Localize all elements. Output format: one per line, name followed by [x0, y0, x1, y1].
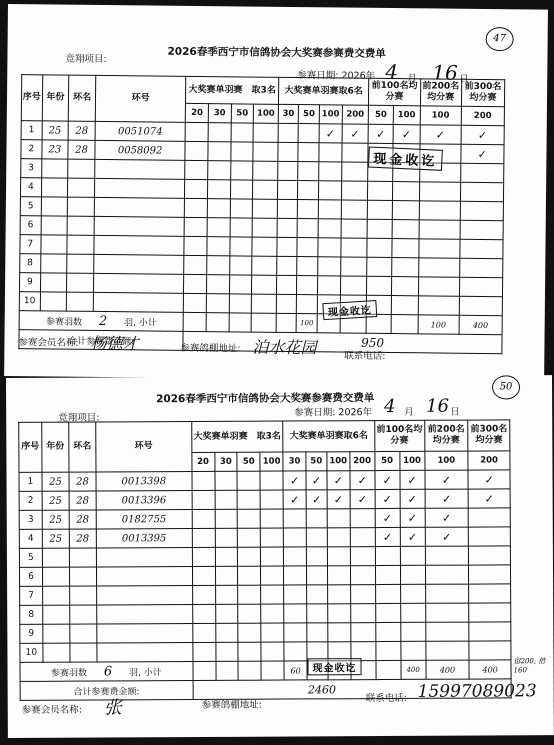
header-group-top3: 大奖赛单羽赛 取3名: [191, 421, 283, 452]
empty-cell: [238, 509, 261, 528]
row-ring-name: [70, 624, 97, 643]
empty-cell: [184, 236, 207, 255]
empty-cell: [229, 294, 252, 313]
row-ring-no: [97, 624, 193, 644]
subtotal-cell: [238, 661, 261, 680]
row-year: [41, 159, 68, 178]
subtotal-cell: 400: [401, 660, 426, 679]
empty-cell: [297, 257, 318, 276]
empty-cell: [318, 257, 341, 276]
row-ring-name: 28: [69, 510, 96, 529]
empty-cell: [192, 490, 215, 509]
subtotal-cell: [229, 313, 252, 332]
empty-cell: [317, 276, 340, 295]
header-group-top200: 前200名均分赛: [420, 79, 461, 106]
empty-cell: [425, 546, 469, 565]
empty-cell: [215, 547, 238, 566]
row-year: 25: [42, 510, 69, 529]
row-ring-no: [95, 159, 186, 179]
subtotal-cell: [251, 313, 276, 332]
empty-cell: [318, 200, 341, 219]
empty-cell: [297, 238, 318, 257]
empty-cell: [283, 528, 306, 547]
row-ring-name: [70, 643, 97, 662]
empty-cell: [350, 585, 375, 604]
table-row: 10: [20, 641, 511, 663]
empty-cell: [400, 584, 425, 603]
empty-cell: [230, 142, 253, 161]
check-mark-icon: ✓: [400, 489, 425, 508]
empty-cell: [193, 642, 216, 661]
empty-cell: [251, 294, 276, 313]
loft-label: 参赛鸽棚地址:: [180, 340, 240, 355]
check-mark-icon: ✓: [283, 471, 306, 490]
row-ring-no: 0058092: [95, 140, 186, 160]
row-year: 23: [41, 140, 68, 159]
sub-header: 50: [237, 452, 260, 471]
header-group-top3: 大奖赛单羽赛 取3名: [186, 76, 279, 104]
header-ring-no: 环号: [95, 75, 186, 122]
empty-cell: [418, 277, 459, 296]
row-ring-name: 28: [68, 121, 95, 140]
row-year: [42, 586, 69, 605]
row-ring-name: 28: [69, 529, 96, 548]
row-ring-name: [67, 273, 94, 292]
empty-cell: [237, 471, 260, 490]
empty-cell: [185, 198, 208, 217]
empty-cell: [277, 199, 298, 218]
check-mark-icon: ✓: [400, 470, 425, 489]
sub-header: 20: [192, 452, 215, 471]
empty-cell: [283, 509, 306, 528]
row-ring-no: 0051074: [95, 121, 186, 141]
empty-cell: [368, 181, 393, 200]
empty-cell: [192, 604, 215, 623]
empty-cell: [391, 277, 418, 296]
empty-cell: [230, 180, 253, 199]
empty-cell: [276, 275, 297, 294]
empty-cell: [261, 604, 284, 623]
empty-cell: [229, 237, 252, 256]
empty-cell: [261, 623, 284, 642]
empty-cell: [238, 604, 261, 623]
empty-cell: [208, 123, 231, 142]
empty-cell: [400, 603, 425, 622]
empty-cell: [319, 143, 342, 162]
empty-cell: [231, 123, 254, 142]
empty-cell: [277, 256, 298, 275]
row-ring-no: [94, 235, 185, 255]
empty-cell: [261, 547, 284, 566]
empty-cell: [192, 509, 215, 528]
row-seq: 8: [20, 605, 43, 624]
empty-cell: [327, 604, 350, 623]
row-year: [42, 548, 69, 567]
row-ring-name: [69, 586, 96, 605]
subtotal-stamp: 现金收讫: [307, 658, 361, 675]
check-mark-icon: ✓: [425, 508, 469, 527]
empty-cell: [327, 547, 350, 566]
empty-cell: [185, 122, 208, 141]
empty-cell: [367, 200, 392, 219]
row-ring-no: [97, 643, 193, 663]
row-ring-name: [69, 567, 96, 586]
row-ring-name: [67, 216, 94, 235]
check-mark-icon: ✓: [461, 144, 504, 163]
empty-cell: [298, 181, 319, 200]
row-ring-no: [94, 254, 185, 274]
row-year: [41, 216, 68, 235]
bird-count-label: 参赛羽数: [46, 317, 82, 327]
sub-header: 30: [278, 104, 299, 123]
empty-cell: [469, 584, 511, 603]
empty-cell: [207, 237, 230, 256]
empty-cell: [350, 623, 375, 642]
header-ring-name: 环名: [69, 75, 96, 121]
sub-header: 50: [368, 105, 393, 124]
table-row: 425280013395✓✓✓: [19, 527, 510, 549]
loft-label: 参赛鸽棚地址:: [202, 697, 262, 711]
sub-header: 200: [461, 106, 504, 125]
row-seq: 1: [21, 121, 42, 140]
row-year: [40, 254, 67, 273]
empty-cell: [192, 528, 215, 547]
empty-cell: [208, 161, 231, 180]
empty-cell: [238, 566, 261, 585]
phone-value: 15997089023: [418, 681, 537, 702]
form-sheet-50: 50 2026春季西宁市信鸽协会大奖赛参赛费交费单 竞翔项目: 参赛日期: 20…: [6, 375, 554, 738]
empty-cell: [327, 566, 350, 585]
row-year: [41, 197, 68, 216]
empty-cell: [418, 239, 459, 258]
sub-header: 20: [186, 103, 209, 122]
empty-cell: [375, 546, 400, 565]
row-ring-no: 0013395: [96, 529, 192, 549]
empty-cell: [298, 143, 319, 162]
project-label: 竞翔项目:: [65, 51, 106, 65]
row-ring-no: 0013398: [96, 472, 192, 492]
subtotal-cell: 100: [296, 314, 317, 333]
check-mark-icon: ✓: [400, 508, 425, 527]
bird-count-label: 参赛羽数: [51, 668, 87, 678]
check-mark-icon: ✓: [368, 124, 393, 143]
header-group-top6: 大奖赛单羽赛取6名: [278, 77, 369, 105]
side-note: 留200, 借160: [513, 657, 551, 675]
row-ring-name: [67, 235, 94, 254]
empty-cell: [207, 218, 230, 237]
empty-cell: [215, 490, 238, 509]
date-label: 参赛日期: 2026年: [294, 404, 372, 418]
table-row: 7: [20, 584, 511, 606]
form-sheet-47: 47 2026春季西宁市信鸽协会大奖赛参赛费交费单 竞翔项目: 参赛日期: 20…: [4, 4, 548, 382]
empty-cell: [215, 642, 238, 661]
sub-header: 50: [306, 452, 327, 471]
empty-cell: [261, 566, 284, 585]
empty-cell: [419, 182, 460, 201]
empty-cell: [192, 547, 215, 566]
page-number-circle: 47: [486, 27, 514, 51]
table-row: 125280013398✓✓✓✓✓✓✓✓: [19, 470, 510, 492]
sub-header: 100: [424, 451, 468, 470]
empty-cell: [206, 294, 229, 313]
row-ring-name: [67, 292, 94, 311]
phone-label: 联系电话:: [366, 690, 407, 704]
row-ring-no: [93, 273, 184, 293]
subtotal-cell: [193, 661, 216, 680]
check-mark-icon: ✓: [350, 490, 375, 509]
row-year: [40, 273, 67, 292]
empty-cell: [184, 274, 207, 293]
empty-cell: [392, 258, 419, 277]
empty-cell: [260, 471, 283, 490]
check-mark-icon: ✓: [468, 489, 510, 508]
empty-cell: [327, 509, 350, 528]
sub-header: 30: [214, 452, 237, 471]
empty-cell: [238, 528, 261, 547]
row-seq: 5: [20, 197, 41, 216]
subtotal-cell: [276, 313, 297, 332]
empty-cell: [260, 509, 283, 528]
empty-cell: [277, 180, 298, 199]
empty-cell: [307, 604, 328, 623]
empty-cell: [306, 528, 327, 547]
form-title: 2026春季西宁市信鸽协会大奖赛参赛费交费单: [167, 44, 385, 61]
row-seq: 4: [19, 529, 42, 548]
header-group-top6: 大奖赛单羽赛取6名: [283, 421, 375, 452]
row-ring-no: [96, 548, 192, 568]
empty-cell: [184, 255, 207, 274]
subtotal-cell: [183, 312, 206, 331]
row-seq: 2: [19, 491, 42, 510]
check-mark-icon: ✓: [425, 489, 469, 508]
empty-cell: [350, 566, 375, 585]
empty-cell: [284, 623, 307, 642]
header-group-top300: 前300名均分赛: [468, 420, 510, 451]
row-year: [43, 624, 70, 643]
empty-cell: [277, 218, 298, 237]
empty-cell: [400, 565, 425, 584]
row-seq: 7: [20, 235, 41, 254]
row-year: 25: [42, 121, 69, 140]
empty-cell: [206, 275, 229, 294]
empty-cell: [192, 623, 215, 642]
empty-cell: [376, 641, 401, 660]
subtotal-cell: [206, 313, 229, 332]
sub-header: 50: [231, 104, 254, 123]
empty-cell: [252, 199, 277, 218]
empty-cell: [229, 256, 252, 275]
empty-cell: [400, 641, 425, 660]
row-ring-no: [93, 292, 184, 312]
subtotal-cell: 400: [426, 660, 470, 679]
empty-cell: [459, 258, 502, 277]
subtotal-label: 羽, 小计: [124, 318, 157, 328]
sub-header: 100: [399, 451, 424, 470]
row-ring-no: [96, 567, 192, 587]
empty-cell: [375, 565, 400, 584]
empty-cell: [253, 123, 278, 142]
empty-cell: [215, 623, 238, 642]
empty-cell: [284, 585, 307, 604]
sub-header: 100: [393, 106, 420, 125]
empty-cell: [425, 603, 469, 622]
empty-cell: [252, 237, 277, 256]
table-row: 225280013396✓✓✓✓✓✓✓✓: [19, 489, 510, 511]
empty-cell: [253, 180, 278, 199]
empty-cell: [284, 566, 307, 585]
empty-cell: [469, 527, 511, 546]
empty-cell: [459, 296, 502, 315]
row-year: [42, 567, 69, 586]
empty-cell: [318, 238, 341, 257]
subtotal-cell: [391, 315, 418, 334]
bird-count-cell: 参赛羽数 2 羽, 小计: [19, 311, 184, 332]
empty-cell: [297, 276, 318, 295]
empty-cell: [207, 199, 230, 218]
member-value: 张: [104, 693, 122, 719]
empty-cell: [392, 220, 419, 239]
empty-cell: [297, 295, 318, 314]
header-ring-no: 环号: [96, 422, 192, 473]
empty-cell: [341, 143, 368, 162]
phone-label: 联系电话:: [344, 348, 385, 362]
row-seq: 8: [20, 254, 41, 273]
empty-cell: [238, 642, 261, 661]
empty-cell: [284, 547, 307, 566]
subtotal-label: 羽, 小计: [129, 668, 162, 678]
day-label: 日: [450, 404, 460, 418]
subtotal-cell: 60: [284, 661, 307, 680]
header-year: 年份: [42, 422, 69, 472]
subtotal-stamp: 现金收讫: [322, 300, 377, 320]
empty-cell: [350, 528, 375, 547]
header-group-top100: 前100名均分赛: [369, 78, 421, 106]
check-mark-icon: ✓: [306, 490, 327, 509]
row-year: [43, 643, 70, 662]
sub-header: 30: [283, 452, 306, 471]
empty-cell: [278, 123, 299, 142]
check-mark-icon: ✓: [461, 125, 504, 144]
check-mark-icon: ✓: [342, 124, 369, 143]
row-year: 25: [42, 472, 69, 491]
header-ring-name: 环名: [69, 422, 96, 472]
empty-cell: [460, 239, 503, 258]
empty-cell: [340, 238, 367, 257]
sub-header: 100: [319, 105, 342, 124]
empty-cell: [307, 566, 328, 585]
entry-table: 序号 年份 环名 环号 大奖赛单羽赛 取3名 大奖赛单羽赛取6名 前100名均分…: [18, 74, 505, 354]
sub-header: 30: [208, 104, 231, 123]
empty-cell: [418, 258, 459, 277]
empty-cell: [460, 220, 503, 239]
cash-received-stamp: 现金收讫: [368, 147, 443, 171]
row-year: [43, 605, 70, 624]
empty-cell: [367, 238, 392, 257]
row-seq: 1: [19, 472, 42, 491]
check-mark-icon: ✓: [400, 527, 425, 546]
check-mark-icon: ✓: [350, 471, 375, 490]
empty-cell: [391, 296, 418, 315]
empty-cell: [238, 623, 261, 642]
row-seq: 9: [19, 273, 40, 292]
row-seq: 4: [20, 178, 41, 197]
empty-cell: [192, 585, 215, 604]
empty-cell: [252, 256, 277, 275]
check-mark-icon: ✓: [375, 489, 400, 508]
empty-cell: [261, 528, 284, 547]
empty-cell: [341, 200, 368, 219]
check-mark-icon: ✓: [283, 490, 306, 509]
row-seq: 6: [20, 216, 41, 235]
empty-cell: [469, 603, 511, 622]
sub-header: 100: [253, 104, 278, 123]
subtotal-cell: [215, 661, 238, 680]
empty-cell: [238, 585, 261, 604]
row-ring-no: [94, 216, 185, 236]
empty-cell: [375, 622, 400, 641]
empty-cell: [319, 162, 342, 181]
row-ring-name: [69, 548, 96, 567]
bird-count-cell: 参赛羽数 6 羽, 小计: [20, 662, 193, 682]
row-seq: 3: [19, 510, 42, 529]
row-seq: 5: [19, 548, 42, 567]
empty-cell: [230, 199, 253, 218]
empty-cell: [327, 528, 350, 547]
empty-cell: [306, 509, 327, 528]
table-row: 325280182755✓✓✓: [19, 508, 510, 530]
empty-cell: [375, 584, 400, 603]
check-mark-icon: ✓: [327, 490, 350, 509]
empty-cell: [208, 142, 231, 161]
empty-cell: [298, 124, 319, 143]
row-ring-no: [94, 197, 185, 217]
empty-cell: [277, 161, 298, 180]
bird-count-value: 2: [99, 313, 107, 328]
empty-cell: [207, 180, 230, 199]
empty-cell: [318, 219, 341, 238]
empty-cell: [350, 547, 375, 566]
row-seq: 10: [19, 292, 40, 311]
check-mark-icon: ✓: [420, 125, 461, 144]
empty-cell: [252, 218, 277, 237]
empty-cell: [460, 182, 503, 201]
bird-count-value: 6: [104, 664, 112, 679]
row-ring-name: 28: [68, 140, 95, 159]
date-month: 4: [384, 396, 396, 417]
subtotal-cell: 400: [469, 660, 511, 679]
empty-cell: [460, 163, 503, 182]
empty-cell: [327, 585, 350, 604]
sub-header: 200: [342, 105, 369, 124]
empty-cell: [469, 622, 511, 641]
empty-cell: [375, 603, 400, 622]
empty-cell: [392, 239, 419, 258]
empty-cell: [367, 219, 392, 238]
row-seq: 2: [21, 140, 42, 159]
empty-cell: [192, 471, 215, 490]
empty-cell: [419, 220, 460, 239]
empty-cell: [284, 642, 307, 661]
empty-cell: [252, 275, 277, 294]
empty-cell: [469, 546, 511, 565]
row-year: [40, 235, 67, 254]
empty-cell: [215, 528, 238, 547]
check-mark-icon: ✓: [468, 470, 510, 489]
empty-cell: [214, 471, 237, 490]
empty-cell: [253, 142, 278, 161]
empty-cell: [340, 276, 367, 295]
check-mark-icon: ✓: [425, 527, 469, 546]
